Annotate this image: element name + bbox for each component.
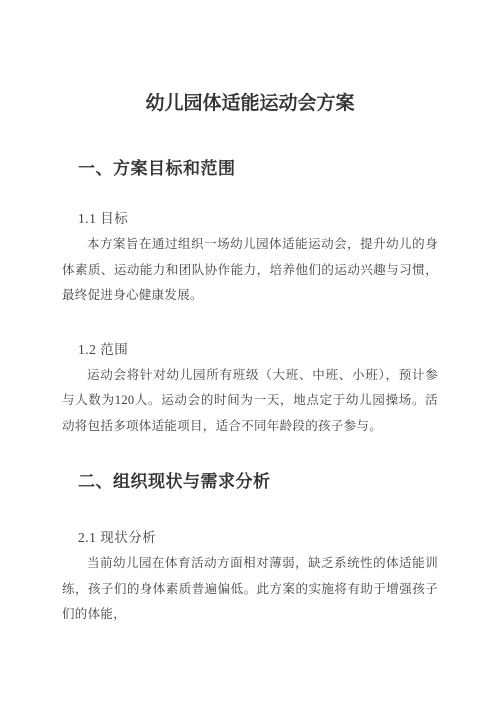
subsection-2-1-label: 2.1 现状分析 [62,529,438,547]
document-title: 幼儿园体适能运动会方案 [62,92,438,116]
section-1-heading: 一、方案目标和范围 [62,158,438,180]
section-2-heading: 二、组织现状与需求分析 [62,471,438,493]
subsection-1-1-paragraph: 本方案旨在通过组织一场幼儿园体适能运动会，提升幼儿的身体素质、运动能力和团队协作… [62,232,438,309]
document-page: 幼儿园体适能运动会方案 一、方案目标和范围 1.1 目标 本方案旨在通过组织一场… [0,0,500,707]
subsection-1-2-paragraph: 运动会将针对幼儿园所有班级（大班、中班、小班），预计参与人数为120人。运动会的… [62,363,438,440]
subsection-1-2-label: 1.2 范围 [62,341,438,359]
subsection-1-1-label: 1.1 目标 [62,210,438,228]
document-content: 幼儿园体适能运动会方案 一、方案目标和范围 1.1 目标 本方案旨在通过组织一场… [0,92,500,628]
subsection-2-1-paragraph: 当前幼儿园在体育活动方面相对薄弱，缺乏系统性的体适能训练，孩子们的身体素质普遍偏… [62,551,438,628]
